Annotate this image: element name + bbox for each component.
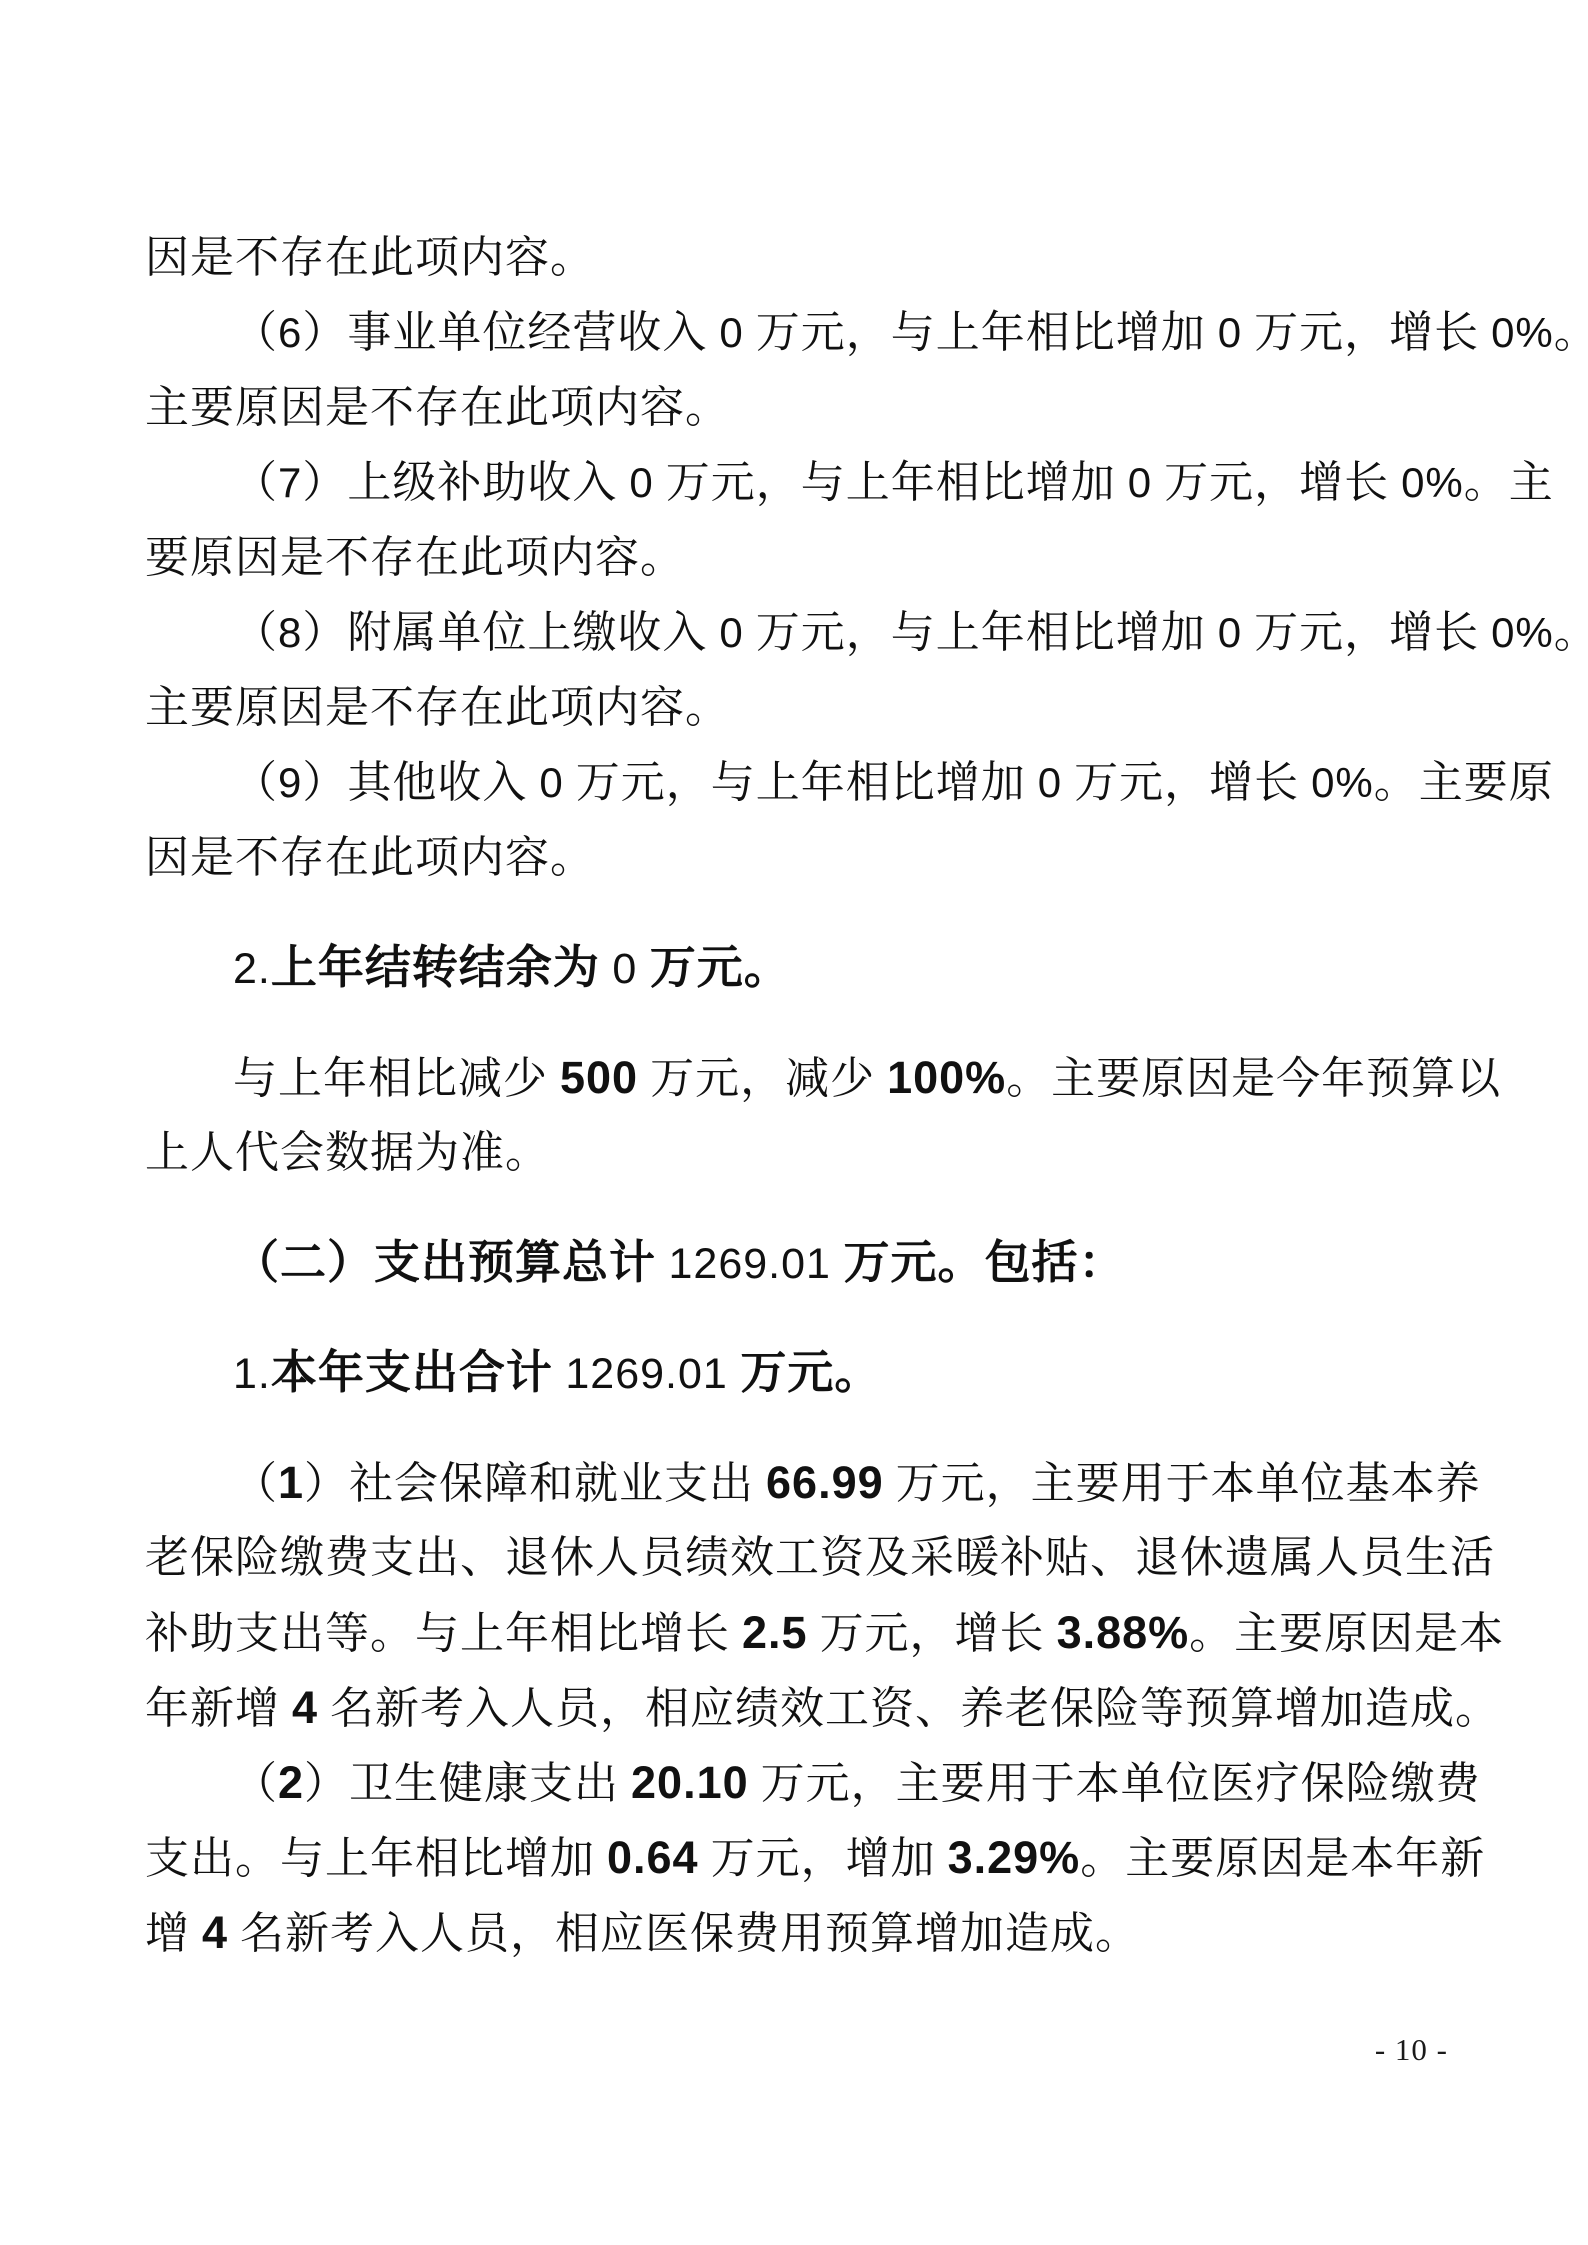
text-segment: 万元，增加	[699, 1834, 948, 1883]
number: 9	[278, 759, 302, 806]
text-segment: 万元，增长	[1242, 308, 1491, 357]
text-segment: （	[233, 458, 278, 507]
number: 0	[1218, 309, 1242, 356]
text-line: 上人代会数据为准。	[145, 1115, 1475, 1190]
number: 0	[539, 759, 563, 806]
text-segment: （	[233, 758, 278, 807]
text-segment: 万元，与上年相比增加	[744, 608, 1218, 657]
heading-number: 2.	[233, 945, 271, 993]
bold-number: 500	[560, 1052, 638, 1103]
text-segment: ）其他收入	[302, 758, 539, 807]
text-segment: ）上级补助收入	[302, 458, 629, 507]
text-segment: 因是不存在此项内容。	[145, 833, 595, 882]
number: 0%	[1491, 609, 1554, 656]
heading-text: 万元。	[637, 942, 791, 993]
para-item-6: （6）事业单位经营收入 0 万元，与上年相比增加 0 万元，增长 0%。主要原因…	[145, 295, 1475, 445]
text-segment: 。主要原因是今年预算以	[1006, 1054, 1501, 1103]
heading-number: 0	[612, 945, 637, 993]
text-segment: （	[233, 1459, 278, 1508]
text-line: 因是不存在此项内容。	[145, 220, 1475, 295]
text-line: 因是不存在此项内容。	[145, 820, 1475, 895]
text-segment: 万元，与上年相比增加	[564, 758, 1038, 807]
text-line: （7）上级补助收入 0 万元，与上年相比增加 0 万元，增长 0%。主	[145, 445, 1475, 520]
text-segment: 。主	[1464, 458, 1554, 507]
heading-number: 1269.01	[565, 1350, 727, 1398]
bold-number: 2	[278, 1757, 304, 1808]
text-line: 主要原因是不存在此项内容。	[145, 670, 1475, 745]
text-segment: 万元，增长	[808, 1609, 1057, 1658]
para-expense-1-social-security: （1）社会保障和就业支出 66.99 万元，主要用于本单位基本养老保险缴费支出、…	[145, 1445, 1475, 1745]
text-segment: 主要原因是不存在此项内容。	[145, 383, 730, 432]
number: 0	[1218, 609, 1242, 656]
text-segment: 万元，与上年相比增加	[744, 308, 1218, 357]
heading-text: （二）支出预算总计	[233, 1237, 669, 1288]
bold-number: 100%	[887, 1052, 1006, 1103]
text-line: （1）社会保障和就业支出 66.99 万元，主要用于本单位基本养	[145, 1445, 1475, 1520]
text-line: （二）支出预算总计 1269.01 万元。包括：	[145, 1225, 1475, 1300]
text-line: （8）附属单位上缴收入 0 万元，与上年相比增加 0 万元，增长 0%。	[145, 595, 1475, 670]
text-segment: 因是不存在此项内容。	[145, 233, 595, 282]
bold-number: 4	[202, 1907, 228, 1958]
number: 0	[629, 459, 653, 506]
text-line: 主要原因是不存在此项内容。	[145, 370, 1475, 445]
text-segment: 万元，增长	[1152, 458, 1401, 507]
text-line: 与上年相比减少 500 万元，减少 100%。主要原因是今年预算以	[145, 1040, 1475, 1115]
number: 0%	[1401, 459, 1464, 506]
heading-text: 上年结转结余为	[271, 942, 613, 993]
bold-number: 4	[292, 1682, 318, 1733]
text-segment: （	[233, 1759, 278, 1808]
text-segment: 与上年相比减少	[233, 1054, 560, 1103]
text-segment: 万元，增长	[1062, 758, 1311, 807]
heading-1-current-year-expenditure: 1.本年支出合计 1269.01 万元。	[145, 1335, 1475, 1410]
text-segment: 主要原因是不存在此项内容。	[145, 683, 730, 732]
heading-2-carryover: 2.上年结转结余为 0 万元。	[145, 930, 1475, 1005]
text-segment: ）附属单位上缴收入	[302, 608, 719, 657]
text-line: 补助支出等。与上年相比增长 2.5 万元，增长 3.88%。主要原因是本	[145, 1595, 1475, 1670]
text-segment: 。主要原	[1374, 758, 1554, 807]
text-segment: 。	[1554, 308, 1588, 357]
heading-number: 1.	[233, 1350, 271, 1398]
text-line: 老保险缴费支出、退休人员绩效工资及采暖补贴、退休遗属人员生活	[145, 1520, 1475, 1595]
heading-number: 1269.01	[669, 1240, 831, 1288]
para-item-9: （9）其他收入 0 万元，与上年相比增加 0 万元，增长 0%。主要原因是不存在…	[145, 745, 1475, 895]
text-segment: ）事业单位经营收入	[302, 308, 719, 357]
number: 0	[1038, 759, 1062, 806]
text-segment: 万元，主要用于本单位医疗保险缴费	[749, 1759, 1481, 1808]
text-segment: （	[233, 608, 278, 657]
bold-number: 2.5	[742, 1607, 808, 1658]
number: 0	[719, 609, 743, 656]
text-segment: 上人代会数据为准。	[145, 1128, 550, 1177]
text-segment: 。主要原因是本	[1189, 1609, 1504, 1658]
text-segment: 老保险缴费支出、退休人员绩效工资及采暖补贴、退休遗属人员生活	[145, 1533, 1495, 1582]
bold-number: 1	[278, 1457, 304, 1508]
text-line: 支出。与上年相比增加 0.64 万元，增加 3.29%。主要原因是本年新	[145, 1820, 1475, 1895]
text-segment: 。主要原因是本年新	[1080, 1834, 1485, 1883]
document-body: 因是不存在此项内容。（6）事业单位经营收入 0 万元，与上年相比增加 0 万元，…	[145, 220, 1475, 1970]
bold-number: 66.99	[766, 1457, 884, 1508]
bold-number: 3.29%	[948, 1832, 1081, 1883]
heading-section-2-expenditure: （二）支出预算总计 1269.01 万元。包括：	[145, 1225, 1475, 1300]
text-segment: 万元，减少	[638, 1054, 887, 1103]
text-segment: 补助支出等。与上年相比增长	[145, 1609, 742, 1658]
text-line: 要原因是不存在此项内容。	[145, 520, 1475, 595]
text-segment: 万元，主要用于本单位基本养	[884, 1459, 1481, 1508]
text-line: （9）其他收入 0 万元，与上年相比增加 0 万元，增长 0%。主要原	[145, 745, 1475, 820]
text-segment: 年新增	[145, 1684, 292, 1733]
text-segment: 名新考入人员，相应医保费用预算增加造成。	[228, 1909, 1140, 1958]
para-continuation-5: 因是不存在此项内容。	[145, 220, 1475, 295]
text-segment: （	[233, 308, 278, 357]
text-segment: ）社会保障和就业支出	[304, 1459, 766, 1508]
bold-number: 20.10	[631, 1757, 749, 1808]
text-line: 1.本年支出合计 1269.01 万元。	[145, 1335, 1475, 1410]
heading-text: 万元。	[728, 1347, 882, 1398]
text-line: （6）事业单位经营收入 0 万元，与上年相比增加 0 万元，增长 0%。	[145, 295, 1475, 370]
number: 7	[278, 459, 302, 506]
number: 8	[278, 609, 302, 656]
text-line: （2）卫生健康支出 20.10 万元，主要用于本单位医疗保险缴费	[145, 1745, 1475, 1820]
page-number: - 10 -	[1375, 2030, 1448, 2070]
heading-text: 本年支出合计	[271, 1347, 566, 1398]
para-expense-2-health: （2）卫生健康支出 20.10 万元，主要用于本单位医疗保险缴费支出。与上年相比…	[145, 1745, 1475, 1970]
text-segment: 。	[1554, 608, 1588, 657]
number: 0%	[1311, 759, 1374, 806]
text-segment: 万元，与上年相比增加	[654, 458, 1128, 507]
text-segment: 增	[145, 1909, 202, 1958]
bold-number: 3.88%	[1057, 1607, 1190, 1658]
text-segment: ）卫生健康支出	[304, 1759, 631, 1808]
bold-number: 0.64	[607, 1832, 699, 1883]
para-item-8: （8）附属单位上缴收入 0 万元，与上年相比增加 0 万元，增长 0%。主要原因…	[145, 595, 1475, 745]
text-line: 2.上年结转结余为 0 万元。	[145, 930, 1475, 1005]
text-line: 年新增 4 名新考入人员，相应绩效工资、养老保险等预算增加造成。	[145, 1670, 1475, 1745]
para-carryover-change: 与上年相比减少 500 万元，减少 100%。主要原因是今年预算以上人代会数据为…	[145, 1040, 1475, 1190]
text-line: 增 4 名新考入人员，相应医保费用预算增加造成。	[145, 1895, 1475, 1970]
text-segment: 名新考入人员，相应绩效工资、养老保险等预算增加造成。	[318, 1684, 1500, 1733]
number: 0	[719, 309, 743, 356]
text-segment: 要原因是不存在此项内容。	[145, 533, 685, 582]
text-segment: 支出。与上年相比增加	[145, 1834, 607, 1883]
number: 6	[278, 309, 302, 356]
para-item-7: （7）上级补助收入 0 万元，与上年相比增加 0 万元，增长 0%。主要原因是不…	[145, 445, 1475, 595]
heading-text: 万元。包括：	[831, 1237, 1126, 1288]
number: 0%	[1491, 309, 1554, 356]
text-segment: 万元，增长	[1242, 608, 1491, 657]
document-page: 因是不存在此项内容。（6）事业单位经营收入 0 万元，与上年相比增加 0 万元，…	[0, 0, 1588, 2245]
number: 0	[1128, 459, 1152, 506]
